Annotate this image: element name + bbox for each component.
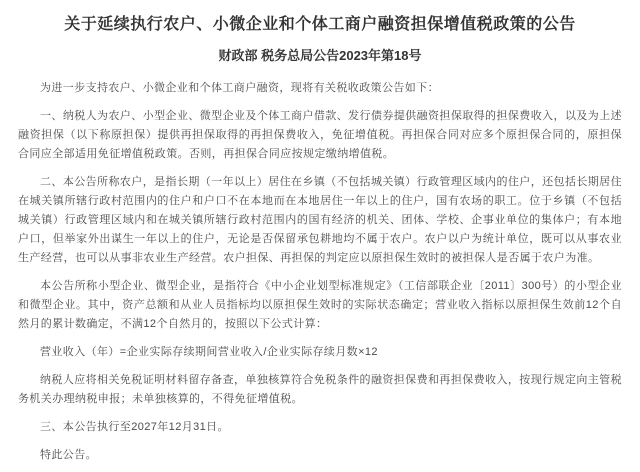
- intro-paragraph: 为进一步支持农户、小微企业和个体工商户融资，现将有关税收政策公告如下：: [18, 79, 622, 98]
- announcement-page: 关于延续执行农户、小微企业和个体工商户融资担保增值税政策的公告 财政部 税务总局…: [0, 0, 640, 472]
- article-2-enterprise-definition-paragraph: 本公告所称小型企业、微型企业，是指符合《中小企业划型标准规定》（工信部联企业〔2…: [18, 277, 622, 334]
- closing-paragraph: 特此公告。: [18, 446, 622, 465]
- document-number: 财政部 税务总局公告2023年第18号: [0, 48, 640, 64]
- document-body: 为进一步支持农户、小微企业和个体工商户融资，现将有关税收政策公告如下： 一、纳税…: [18, 79, 622, 465]
- article-2-paragraph: 二、本公告所称农户，是指长期（一年以上）居住在乡镇（不包括城关镇）行政管理区域内…: [18, 173, 622, 268]
- article-3-paragraph: 三、本公告执行至2027年12月31日。: [18, 418, 622, 437]
- taxpayer-filing-paragraph: 纳税人应将相关免税证明材料留存备查，单独核算符合免税条件的融资担保费和再担保费收…: [18, 371, 622, 409]
- article-1-paragraph: 一、纳税人为农户、小型企业、微型企业及个体工商户借款、发行债券提供融资担保取得的…: [18, 107, 622, 164]
- revenue-formula-paragraph: 营业收入（年）=企业实际存续期间营业收入/企业实际存续月数×12: [18, 343, 622, 362]
- page-title: 关于延续执行农户、小微企业和个体工商户融资担保增值税政策的公告: [40, 14, 600, 36]
